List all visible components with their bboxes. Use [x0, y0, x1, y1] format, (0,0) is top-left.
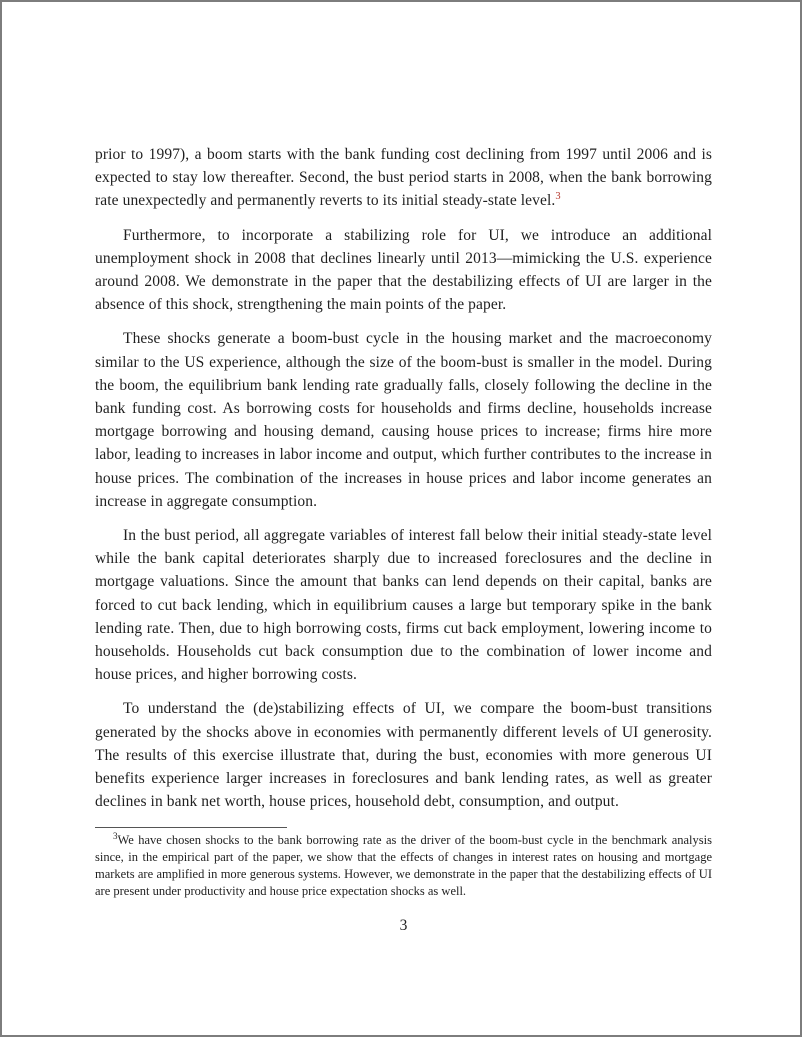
- footnote-text: 3We have chosen shocks to the bank borro…: [95, 832, 712, 900]
- footnote-rule: [95, 827, 287, 828]
- footnote-ref-link[interactable]: 3: [555, 191, 560, 202]
- paper-page: prior to 1997), a boom starts with the b…: [0, 0, 802, 1037]
- footnote-area: 3We have chosen shocks to the bank borro…: [95, 827, 712, 900]
- paragraph: These shocks generate a boom-bust cycle …: [95, 327, 712, 513]
- page-number: 3: [95, 917, 712, 935]
- paragraph: To understand the (de)stabilizing effect…: [95, 697, 712, 813]
- text-column: prior to 1997), a boom starts with the b…: [95, 143, 712, 935]
- footnote-text-body: We have chosen shocks to the bank borrow…: [95, 833, 712, 898]
- paragraph: In the bust period, all aggregate variab…: [95, 524, 712, 686]
- body-paragraphs: prior to 1997), a boom starts with the b…: [95, 143, 712, 813]
- paragraph: prior to 1997), a boom starts with the b…: [95, 143, 712, 213]
- paragraph: Furthermore, to incorporate a stabilizin…: [95, 224, 712, 317]
